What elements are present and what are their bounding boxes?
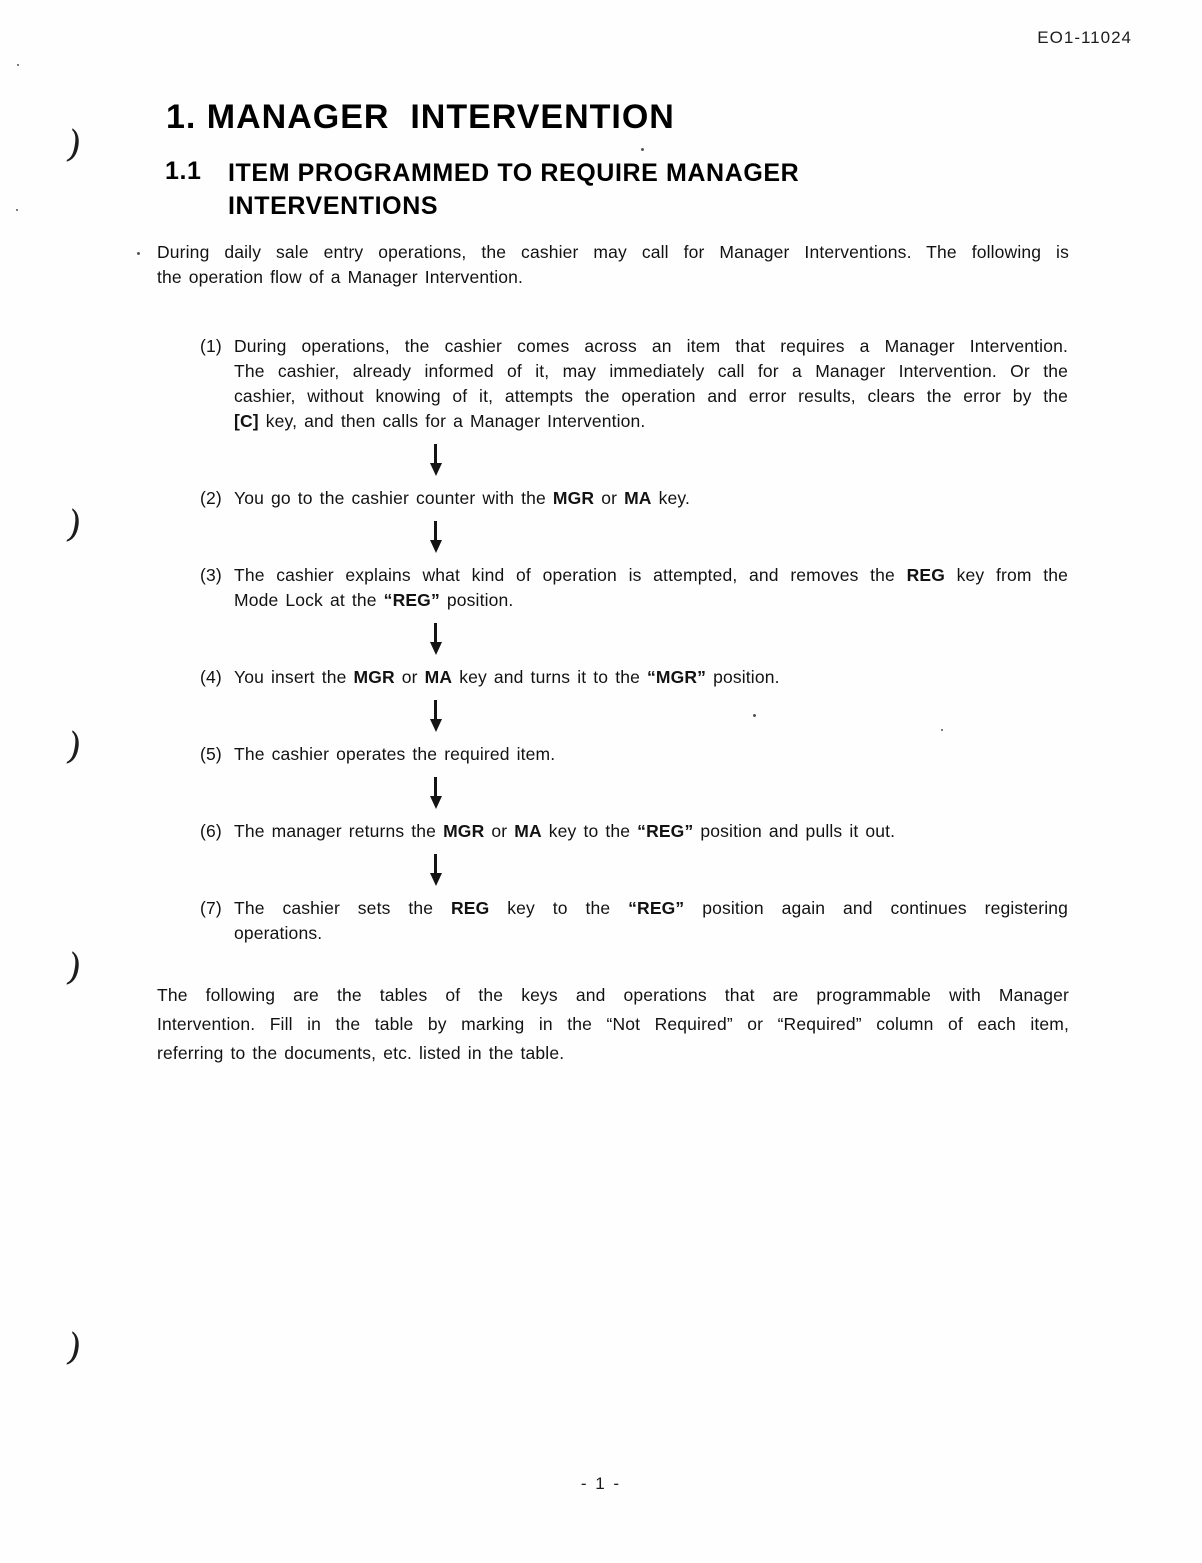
- flow-step-4: (4) You insert the MGR or MA key and tur…: [200, 665, 1068, 690]
- scan-speck: [16, 209, 18, 211]
- down-arrow-icon: [429, 444, 442, 476]
- flow-arrow-row: [200, 521, 1068, 553]
- step-number: (4): [200, 665, 234, 690]
- page-title: 1. MANAGER INTERVENTION: [166, 98, 675, 137]
- flow-arrow-row: [200, 777, 1068, 809]
- step-text: The cashier operates the required item.: [234, 742, 1068, 767]
- flow-arrow-row: [200, 700, 1068, 732]
- down-arrow-icon: [429, 700, 442, 732]
- down-arrow-icon: [429, 521, 442, 553]
- flow-step-6: (6) The manager returns the MGR or MA ke…: [200, 819, 1068, 844]
- step-text: The manager returns the MGR or MA key to…: [234, 819, 1068, 844]
- margin-scan-mark: ): [64, 125, 85, 164]
- scan-speck: [941, 729, 943, 731]
- step-number: (3): [200, 563, 234, 613]
- step-number: (7): [200, 896, 234, 946]
- down-arrow-icon: [429, 854, 442, 886]
- margin-scan-mark: ): [64, 505, 85, 544]
- flow-arrow-row: [200, 623, 1068, 655]
- scan-speck: [753, 714, 756, 717]
- section-heading-text: ITEM PROGRAMMED TO REQUIRE MANAGER INTER…: [228, 157, 799, 223]
- flow-arrow-row: [200, 854, 1068, 886]
- step-number: (6): [200, 819, 234, 844]
- section-heading-line2: INTERVENTIONS: [228, 190, 799, 223]
- scan-speck: [137, 252, 140, 255]
- flow-step-3: (3) The cashier explains what kind of op…: [200, 563, 1068, 613]
- scan-speck: [641, 148, 644, 151]
- step-text: The cashier sets the REG key to the “REG…: [234, 896, 1068, 946]
- step-text: The cashier explains what kind of operat…: [234, 563, 1068, 613]
- margin-scan-mark: ): [64, 727, 85, 766]
- flow-step-5: (5) The cashier operates the required it…: [200, 742, 1068, 767]
- section-heading: 1.1 ITEM PROGRAMMED TO REQUIRE MANAGER I…: [165, 157, 799, 223]
- section-number: 1.1: [165, 157, 228, 223]
- step-number: (2): [200, 486, 234, 511]
- closing-paragraph: The following are the tables of the keys…: [157, 981, 1069, 1068]
- scanned-document-page: EO1-11024 1. MANAGER INTERVENTION 1.1 IT…: [0, 0, 1202, 1563]
- flow-step-1: (1) During operations, the cashier comes…: [200, 334, 1068, 434]
- margin-scan-mark: ): [64, 948, 85, 987]
- scan-speck: [17, 64, 19, 66]
- down-arrow-icon: [429, 777, 442, 809]
- intervention-flow: (1) During operations, the cashier comes…: [200, 334, 1068, 946]
- flow-arrow-row: [200, 444, 1068, 476]
- step-number: (1): [200, 334, 234, 434]
- flow-step-2: (2) You go to the cashier counter with t…: [200, 486, 1068, 511]
- down-arrow-icon: [429, 623, 442, 655]
- step-text: During operations, the cashier comes acr…: [234, 334, 1068, 434]
- flow-step-7: (7) The cashier sets the REG key to the …: [200, 896, 1068, 946]
- step-text: You insert the MGR or MA key and turns i…: [234, 665, 1068, 690]
- section-heading-line1: ITEM PROGRAMMED TO REQUIRE MANAGER: [228, 157, 799, 190]
- intro-paragraph: During daily sale entry operations, the …: [157, 240, 1069, 290]
- margin-scan-mark: ): [64, 1328, 85, 1367]
- step-number: (5): [200, 742, 234, 767]
- doc-code: EO1-11024: [1037, 28, 1132, 48]
- page-number: - 1 -: [0, 1474, 1202, 1494]
- step-text: You go to the cashier counter with the M…: [234, 486, 1068, 511]
